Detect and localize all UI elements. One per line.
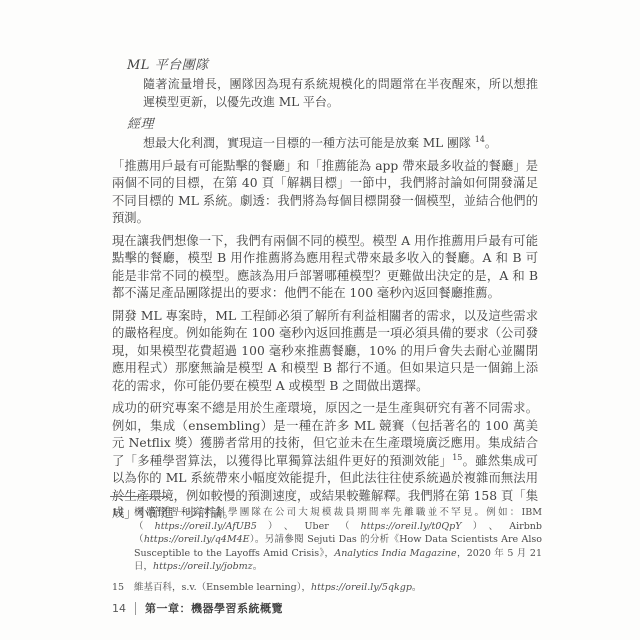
quote-heading-ml-platform-team: ML 平台團隊: [127, 57, 538, 74]
body-paragraph-requirements: 開發 ML 專案時，ML 工程師必須了解所有利益相關者的需求，以及這些需求的嚴格…: [112, 308, 538, 396]
quote-heading-manager: 經理: [127, 116, 538, 133]
body-paragraph-two-models: 現在讓我們想像一下，我們有兩個不同的模型。模型 A 用作推薦用戶最有可能點擊的餐…: [112, 233, 538, 303]
footnote-item-15: 15 維基百科，s.v.（Ensemble learning），https://…: [112, 581, 542, 595]
footnote-list: 14 機器學習和資料科學團隊在公司大規模裁員期間率先離職並不罕見。例如：IBM（…: [112, 506, 542, 601]
page-footer: 14 第一章：機器學習系統概覽: [112, 600, 283, 616]
footnote-text: 維基百科，s.v.（Ensemble learning），https://ore…: [134, 581, 542, 595]
footnote-number: 15: [112, 581, 134, 595]
footer-chapter-title: 第一章：機器學習系統概覽: [145, 600, 283, 616]
body-paragraph-objectives: 「推薦用戶最有可能點擊的餐廳」和「推薦能為 app 帶來最多收益的餐廳」是兩個不…: [112, 158, 538, 228]
footer-divider: [135, 602, 136, 615]
footnote-item-14: 14 機器學習和資料科學團隊在公司大規模裁員期間率先離職並不罕見。例如：IBM（…: [112, 506, 542, 574]
footnote-separator: [110, 496, 168, 497]
quote-body-manager: 想最大化利潤，實現這一目標的一種方法可能是放棄 ML 團隊 14。: [143, 135, 538, 153]
footer-page-number: 14: [112, 602, 126, 615]
book-page: ML 平台團隊 隨著流量增長，團隊因為現有系統規模化的問題常在半夜醒來，所以想推…: [0, 0, 640, 640]
footnote-text: 機器學習和資料科學團隊在公司大規模裁員期間率先離職並不罕見。例如：IBM（htt…: [134, 506, 542, 574]
quote-body-ml-platform-team: 隨著流量增長，團隊因為現有系統規模化的問題常在半夜醒來，所以想推遲模型更新，以優…: [143, 76, 538, 111]
content-column: ML 平台團隊 隨著流量增長，團隊因為現有系統規模化的問題常在半夜醒來，所以想推…: [112, 57, 538, 528]
quote-block-manager: 經理 想最大化利潤，實現這一目標的一種方法可能是放棄 ML 團隊 14。: [112, 116, 538, 153]
footnote-number: 14: [112, 506, 134, 574]
quote-block-ml-platform-team: ML 平台團隊 隨著流量增長，團隊因為現有系統規模化的問題常在半夜醒來，所以想推…: [112, 57, 538, 111]
body-paragraph-ensembling: 成功的研究專案不總是用於生產環境，原因之一是生產與研究有著不同需求。例如，集成（…: [112, 400, 538, 523]
